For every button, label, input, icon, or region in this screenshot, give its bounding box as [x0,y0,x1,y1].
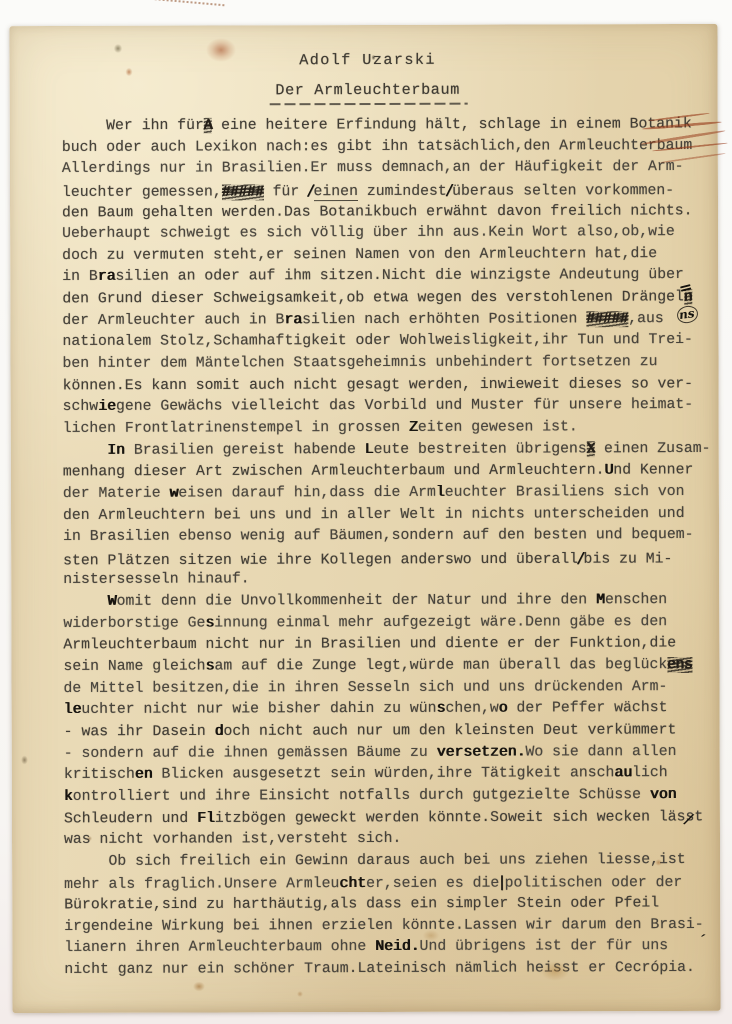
text-line: schwiegene Gewächs vielleicht das Vorbil… [63,395,723,419]
text-line: lichen Frontlatrinenstempel in grossen Z… [63,417,723,441]
text-line: buch oder auch Lexikon nach:es gibt ihn … [62,136,722,160]
text-line: - sondern auf die ihnen gemässen Bäume z… [64,741,724,765]
text-line: Armleuchterbaum nicht nur in Brasilien u… [63,634,723,658]
author-line: Adolf Uzarski [62,50,674,70]
text-line: nicht ganz nur ein schöner Traum.Lateini… [64,958,724,982]
text-line: Ob sich freilich ein Gewinn daraus auch … [64,850,724,874]
text-line: der Materie weisen darauf hin,dass die A… [63,482,723,506]
text-line: in Brasilien an oder auf ihm sitzen.Nich… [62,265,722,289]
text-line: In Brasilien gereist habende Leute bestr… [63,438,723,462]
text-line: was nicht vorhanden ist,versteht sich. [64,828,724,852]
text-line: nationalem Stolz,Schamhaftigkeit oder Wo… [62,330,722,354]
text-line: ben hinter dem Mäntelchen Staatsgeheimni… [62,352,722,376]
text-line: nistersesseln hinauf. [63,568,723,592]
text-line: Wer ihn fürA eine heitere Erfindung hält… [62,114,722,138]
text-line: leuchter nicht nur wie bisher dahin zu w… [64,698,724,722]
text-line: sten Plätzen sitzen wie ihre Kollegen an… [63,547,723,571]
scan-background: Adolf Uzarski Der Armleuchterbaum Wer ih… [0,0,732,1024]
title-underline [270,103,468,106]
text-line: Womit denn die Unvollkommenheit der Natu… [63,590,723,614]
text-line: Bürokratie,sind zu harthäutig,als dass e… [64,893,724,917]
text-line: den Grund dieser Schweigsamkeit,ob etwa … [62,287,722,311]
text-line: mehr als fraglich.Unsere Armleuchter,sei… [64,871,724,895]
page-title: Der Armleuchterbaum [62,80,674,100]
text-line: der Armleuchter auch in Brasilien nach e… [62,309,722,333]
text-line: - was ihr Dasein doch nicht auch nur um … [64,720,724,744]
text-line: leuchter gemessen,##### für /einen zumin… [62,179,722,203]
text-line: lianern ihren Armleuchterbaum ohne Neid.… [64,936,724,960]
text-line: kontrolliert und ihre Einsicht notfalls … [64,785,724,809]
text-line: Ueberhaupt schweigt es sich völlig über … [62,222,722,246]
text-line: den Armleuchtern bei uns und in aller We… [63,503,723,527]
stain [150,0,225,18]
text-line: Schleudern und Flitzbögen geweckt werden… [64,807,724,831]
text-line: irgendeine Wirkung bei ihnen erzielen kö… [64,915,724,939]
text-line: doch zu vermuten steht,er seinen Namen v… [62,244,722,268]
text-line: in Brasilien ebenso wenig auf Bäumen,son… [63,525,723,549]
typewritten-text: Wer ihn fürA eine heitere Erfindung hält… [62,114,725,982]
text-line: kritischen Blicken ausgesetzt sein würde… [64,763,724,787]
text-line: widerborstige Gesinnung einmal mehr aufg… [63,612,723,636]
text-line: de Mittel besitzen,die in ihren Sesseln … [64,677,724,701]
text-line: können.Es kann somit auch nicht gesagt w… [63,374,723,398]
text-line: Allerdings nur in Brasilien.Er muss demn… [62,157,722,181]
text-line: den Baum gehalten werden.Das Botanikbuch… [62,201,722,225]
document-page: Adolf Uzarski Der Armleuchterbaum Wer ih… [9,24,720,1013]
text-line: menhang dieser Art zwischen Armleuchterb… [63,461,723,485]
text-line: sein Name gleichsam auf die Zunge legt,w… [63,655,723,679]
